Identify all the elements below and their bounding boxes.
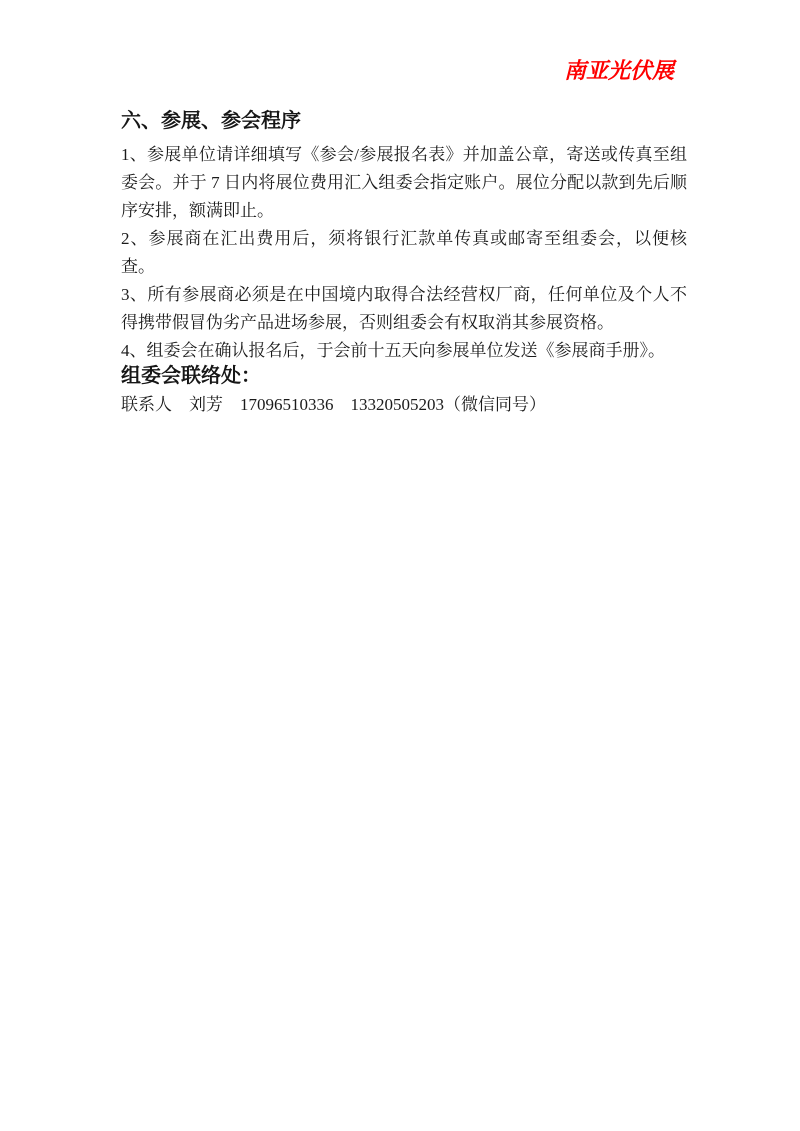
section-heading: 六、参展、参会程序: [121, 104, 301, 133]
procedure-item-3: 3、所有参展商必须是在中国境内取得合法经营权厂商，任何单位及个人不得携带假冒伪劣…: [121, 281, 687, 337]
brand-logo-text: 南亚光伏展: [564, 58, 674, 83]
procedure-list: 1、参展单位请详细填写《参会/参展报名表》并加盖公章，寄送或传真至组委会。并于 …: [121, 141, 687, 365]
contact-line: 联系人 刘芳 17096510336 13320505203（微信同号）: [121, 391, 546, 419]
procedure-item-1: 1、参展单位请详细填写《参会/参展报名表》并加盖公章，寄送或传真至组委会。并于 …: [121, 141, 687, 225]
document-page: 南亚光伏展 六、参展、参会程序 1、参展单位请详细填写《参会/参展报名表》并加盖…: [0, 0, 800, 1131]
contact-heading: 组委会联络处：: [121, 359, 261, 388]
procedure-item-2: 2、参展商在汇出费用后，须将银行汇款单传真或邮寄至组委会，以便核查。: [121, 225, 687, 281]
